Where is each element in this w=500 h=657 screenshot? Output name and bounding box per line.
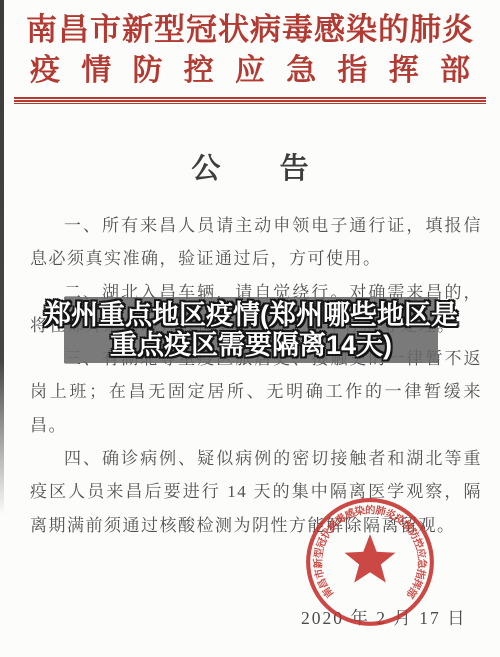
header-divider-rule bbox=[14, 97, 486, 104]
notice-body: 一、所有来昌人员请主动申领电子通行证，填报信息必须真实准确，验证通过后，方可使用… bbox=[30, 209, 482, 542]
scanned-notice-page: 南昌市新型冠状病毒感染的肺炎 疫情防控应急指挥部 公 告 一、所有来昌人员请主动… bbox=[0, 0, 500, 657]
issuing-authority-header: 南昌市新型冠状病毒感染的肺炎 疫情防控应急指挥部 bbox=[16, 10, 484, 92]
notice-title: 公 告 bbox=[0, 146, 500, 187]
caption-line2: 重点疫区需要隔离14天) bbox=[110, 330, 392, 360]
notice-paragraph-1: 一、所有来昌人员请主动申领电子通行证，填报信息必须真实准确，验证通过后，方可使用… bbox=[30, 209, 482, 276]
authority-name-line1: 南昌市新型冠状病毒感染的肺炎 bbox=[16, 10, 484, 50]
news-caption-overlay: 郑州重点地区疫情(郑州哪些地区是 重点疫区需要隔离14天) bbox=[64, 297, 438, 363]
authority-name-line2: 疫情防控应急指挥部 bbox=[16, 50, 484, 92]
scan-left-edge-shadow bbox=[0, 0, 4, 515]
official-red-seal: 南昌市新型冠状病毒感染的肺炎疫情防控应急指挥部 bbox=[303, 496, 437, 630]
caption-line1: 郑州重点地区疫情(郑州哪些地区是 bbox=[44, 300, 458, 330]
seal-star-icon bbox=[345, 534, 396, 582]
